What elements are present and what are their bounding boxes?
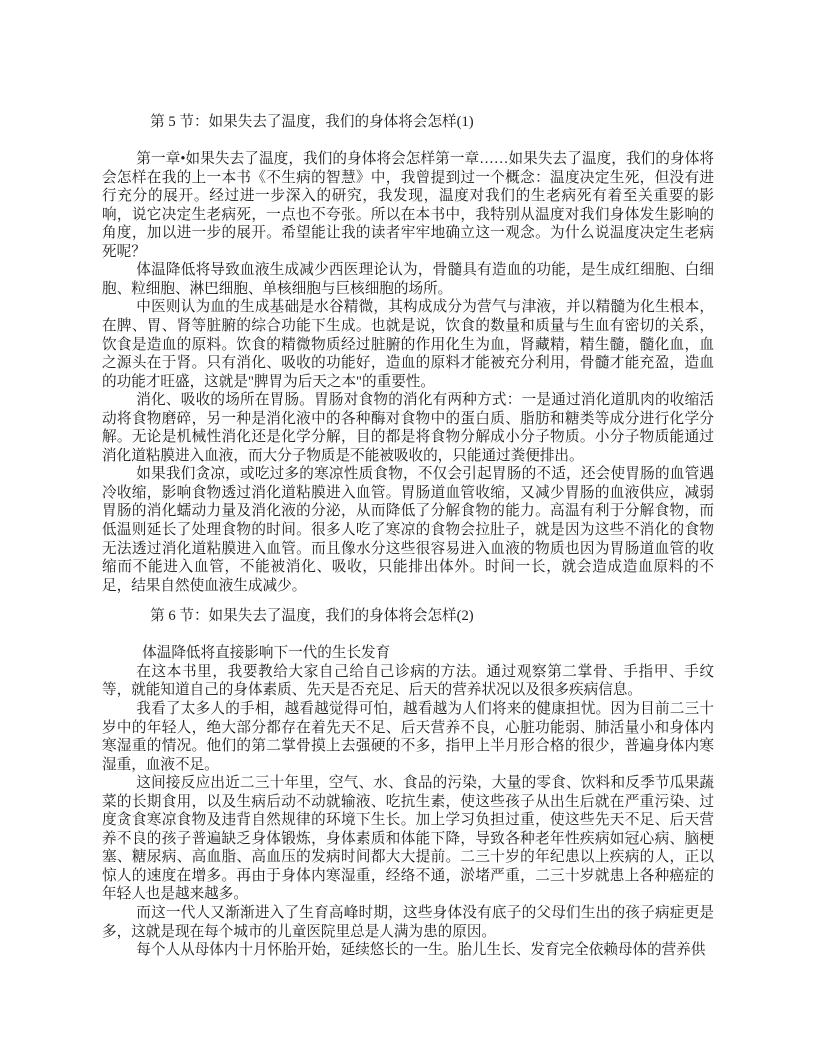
paragraph: 这间接反应出近二三十年里，空气、水、食品的污染，大量的零食、饮料和反季节瓜果蔬菜… [102,774,714,904]
section-6: 第 6 节：如果失去了温度，我们的身体将会怎样(2) 体温降低将直接影响下一代的… [102,607,714,959]
paragraph: 消化、吸收的场所在胃肠。胃肠对食物的消化有两种方式：一是通过消化道肌肉的收缩活动… [102,391,714,465]
paragraph: 中医则认为血的生成基础是水谷精微，其构成成分为营气与津液，并以精髓为化生根本，在… [102,298,714,391]
paragraph: 我看了太多人的手相，越看越觉得可怕，越看越为人们将来的健康担忧。因为目前二三十岁… [102,700,714,774]
section-6-subheading: 体温降低将直接影响下一代的生长发育 [102,644,714,663]
document-page: 第 5 节：如果失去了温度，我们的身体将会怎样(1) 第一章•如果失去了温度，我… [102,113,714,960]
section-6-heading: 第 6 节：如果失去了温度，我们的身体将会怎样(2) [102,607,714,626]
paragraph: 在这本书里，我要教给大家自己给自己诊病的方法。通过观察第二掌骨、手指甲、手纹等，… [102,663,714,700]
paragraph: 每个人从母体内十月怀胎开始，延续悠长的一生。胎儿生长、发育完全依赖母体的营养供 [102,941,714,960]
section-5-heading: 第 5 节：如果失去了温度，我们的身体将会怎样(1) [102,113,714,132]
paragraph: 体温降低将导致血液生成减少西医理论认为，骨髓具有造血的功能，是生成红细胞、白细胞… [102,261,714,298]
paragraph: 而这一代人又渐渐进入了生育高峰时期，这些身体没有底子的父母们生出的孩子病症更是多… [102,904,714,941]
paragraph: 第一章•如果失去了温度，我们的身体将会怎样第一章……如果失去了温度，我们的身体将… [102,150,714,261]
section-5: 第 5 节：如果失去了温度，我们的身体将会怎样(1) 第一章•如果失去了温度，我… [102,113,714,595]
paragraph: 如果我们贪凉，或吃过多的寒凉性质食物，不仅会引起胃肠的不适，还会使胃肠的血管遇冷… [102,465,714,595]
